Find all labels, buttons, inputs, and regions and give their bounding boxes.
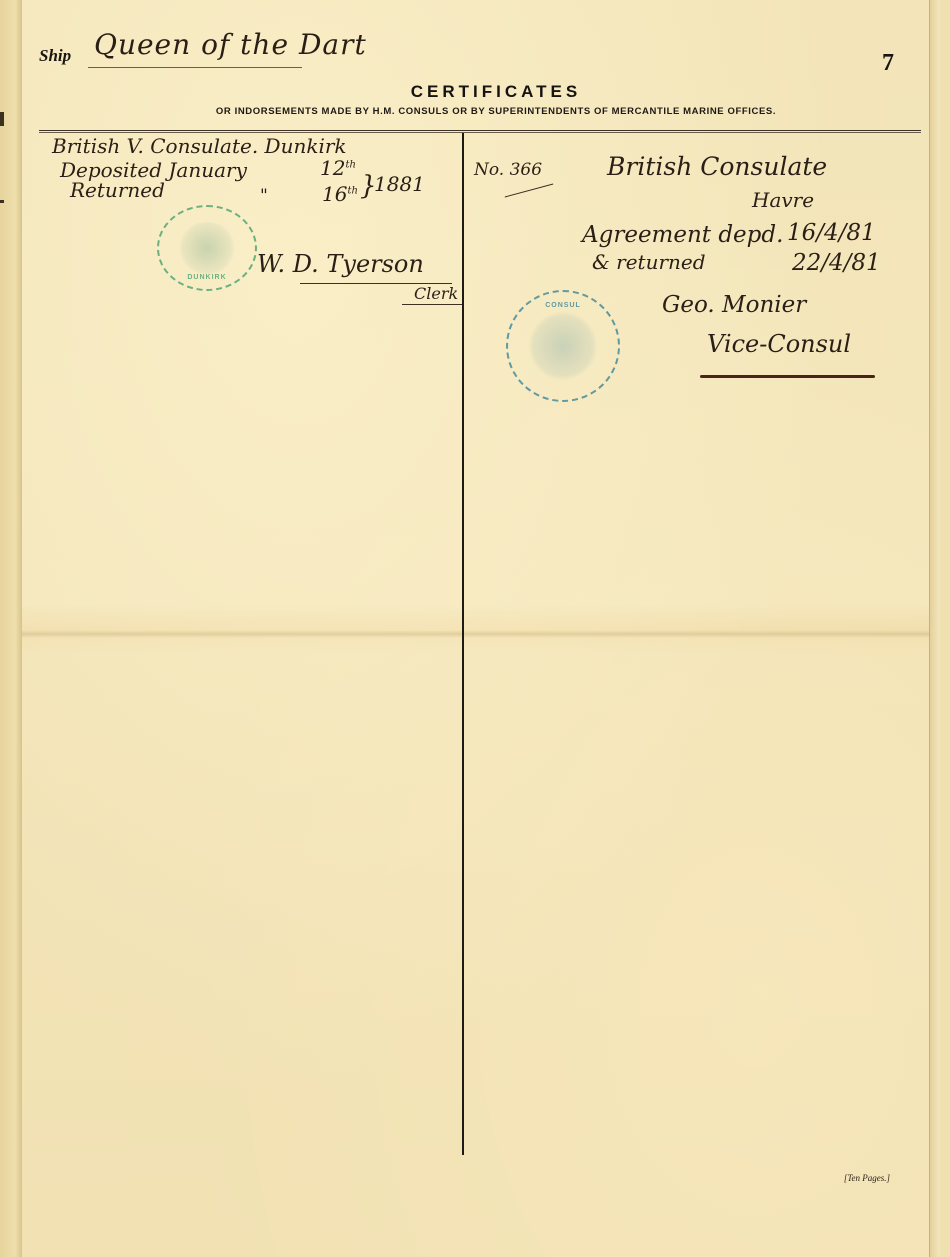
footer-page-count: [Ten Pages.] [844,1173,890,1183]
stamp-emblem [176,222,237,274]
header-rule [39,130,921,133]
page-fold [22,630,940,638]
underlying-page-edge [0,0,23,1257]
right-entry-signature: Geo. Monier [662,292,806,318]
document-page: Ship Queen of the Dart 7 CERTIFICATES OR… [22,0,940,1257]
right-entry-city: Havre [752,188,814,212]
signature-underline [700,375,875,378]
page-subtitle: OR INDORSEMENTS MADE BY H.M. CONSULS OR … [22,106,940,117]
left-entry-returned-day: 16th [322,182,358,206]
left-entry-signature-role: Clerk [414,284,458,303]
column-divider [462,133,464,1155]
right-entry-signature-role: Vice-Consul [707,330,851,358]
ship-name: Queen of the Dart [94,28,367,61]
dunkirk-consulate-stamp: DUNKIRK [157,205,257,291]
stamp-emblem [528,311,598,380]
page-number: 7 [882,50,894,77]
havre-consulate-stamp: CONSUL [506,290,620,402]
ship-label: Ship [39,46,71,66]
left-entry-deposited-day: 12th [320,156,356,180]
ship-name-underline [88,67,302,68]
right-entry-agreement-label: Agreement depd. [582,222,783,248]
right-entry-deposited-date: 16/4/81 [787,220,876,246]
page-title: CERTIFICATES [22,82,940,102]
right-entry-returned-label: & returned [592,250,706,274]
stamp-text: DUNKIRK [159,274,255,281]
right-entry-number: No. 366 [474,160,542,180]
right-entry-returned-date: 22/4/81 [792,250,881,276]
left-entry-consulate: British V. Consulate. Dunkirk [52,134,347,158]
stamp-text: CONSUL [508,302,618,309]
left-entry-ditto-mark: " [260,186,268,206]
left-entry-signature: W. D. Tyerson [257,250,424,278]
number-underline [505,184,554,198]
role-underline [402,304,462,305]
edge-mark [0,112,4,126]
right-entry-consulate: British Consulate [607,152,827,181]
left-entry-returned-label: Returned [70,178,165,202]
left-entry-year: 1881 [374,172,425,196]
edge-mark [0,200,4,203]
page-right-edge [929,0,940,1257]
